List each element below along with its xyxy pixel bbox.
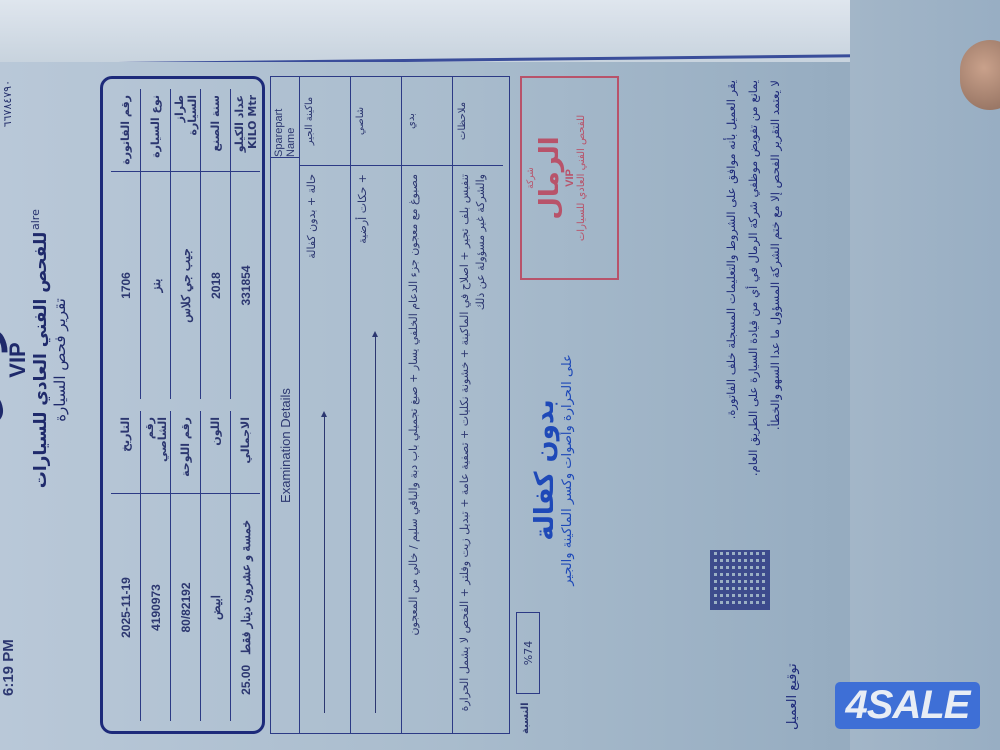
info-row: 80/82192رقم اللوحة bbox=[171, 411, 201, 721]
color-value: ابيض bbox=[201, 494, 231, 722]
info-row: 331854عداد الكيلو KILO Mtr bbox=[231, 89, 261, 399]
examination-table: Examination Details Sparepart Name حالة … bbox=[270, 76, 510, 734]
4sale-watermark-logo: 4SALE bbox=[835, 682, 980, 729]
exam-details: حالة + بدون كفالة bbox=[305, 174, 318, 259]
receipt-header: Fahaheel - Block 5 - Al Daboos Street Ab… bbox=[0, 60, 110, 750]
no-warranty-notice: بدون كفالة على الحرارة وأصوات وكسر الماك… bbox=[530, 310, 575, 630]
background-page-right bbox=[850, 0, 1000, 750]
info-row: 2018سنة الصنع bbox=[201, 89, 231, 399]
part-name: ماكينة الجير bbox=[300, 77, 350, 165]
stamp-subtitle: للفحص الفني العادي للسيارات bbox=[576, 78, 587, 278]
total-label: الاجمالي bbox=[231, 411, 261, 494]
inspection-receipt: Fahaheel - Block 5 - Al Daboos Street Ab… bbox=[0, 60, 810, 750]
table-row: تنفيس بلف تجير + اصلاح في الماكينة + خشو… bbox=[453, 77, 503, 733]
arabic-address-block: الفحيحيل - قطعة ٥ - شارع الدبوس - عمارة … bbox=[0, 80, 42, 230]
no-warranty-title: بدون كفالة bbox=[530, 310, 560, 630]
date-label: التاريخ bbox=[111, 411, 141, 494]
arrow-line bbox=[375, 333, 376, 713]
part-name: شاصي bbox=[351, 77, 401, 165]
plate-label: رقم اللوحة bbox=[171, 411, 201, 494]
total-cell: خمسة و عشرون دينار فقط 25.00 bbox=[231, 494, 261, 722]
table-row: مصبوغ مع معجون جزء الدعام الخلفي يسار + … bbox=[402, 77, 453, 733]
make-value: بنز bbox=[141, 172, 171, 400]
info-row: 4190973رقم الشاصي bbox=[141, 411, 171, 721]
exam-details: + حكات أرضية bbox=[356, 174, 369, 244]
sparepart-name-header: Sparepart Name bbox=[271, 77, 299, 157]
print-time: 6:19 PM bbox=[2, 524, 15, 730]
chassis-label: رقم الشاصي bbox=[141, 411, 171, 494]
stamp-vip: VIP bbox=[564, 78, 576, 278]
exam-details-cell: حالة + بدون كفالة bbox=[300, 165, 350, 733]
examination-header: Examination Details Sparepart Name bbox=[271, 77, 300, 733]
year-label: سنة الصنع bbox=[201, 89, 231, 172]
watermark-text: 4SALE bbox=[846, 683, 970, 728]
info-row: 1706رقم الفاتورة bbox=[111, 89, 141, 399]
exam-details: تنفيس بلف تجير + اصلاح في الماكينة + خشو… bbox=[453, 165, 503, 733]
percentage-label: النسبة bbox=[520, 702, 531, 734]
part-name: بدي bbox=[402, 77, 452, 165]
mileage-value: 331854 bbox=[231, 172, 261, 400]
stamp-name: الرمال bbox=[536, 78, 564, 278]
arabic-phone: ٦٦٧٨٤٧٩٠ bbox=[2, 80, 14, 230]
info-row: جيب جي كلاسطراز السيارة bbox=[171, 89, 201, 399]
table-row: حالة + بدون كفالة ماكينة الجير bbox=[300, 77, 351, 733]
info-table-right: 1706رقم الفاتورة بنزنوع السيارة جيب جي ك… bbox=[111, 89, 260, 399]
no-warranty-subtitle: على الحرارة وأصوات وكسر الماكينة والجير bbox=[560, 310, 575, 630]
model-label: طراز السيارة bbox=[171, 89, 201, 172]
table-row: + حكات أرضية شاصي bbox=[351, 77, 402, 733]
chassis-value: 4190973 bbox=[141, 494, 171, 722]
color-label: اللون bbox=[201, 411, 231, 494]
total-words: خمسة و عشرون دينار فقط bbox=[239, 520, 253, 655]
date-value: 2025-11-19 bbox=[111, 494, 141, 722]
invoice-value: 1706 bbox=[111, 172, 141, 400]
company-stamp: شركة الرمال VIP للفحص الفني العادي للسيا… bbox=[520, 76, 619, 280]
vehicle-info-box: 2025-11-19التاريخ 4190973رقم الشاصي 80/8… bbox=[100, 76, 265, 734]
year-value: 2018 bbox=[201, 172, 231, 400]
mileage-label: عداد الكيلو KILO Mtr bbox=[231, 89, 261, 172]
info-row: 2025-11-19التاريخ bbox=[111, 411, 141, 721]
make-label: نوع السيارة bbox=[141, 89, 171, 172]
info-row: ابيضاللون bbox=[201, 411, 231, 721]
exam-details-cell: + حكات أرضية bbox=[351, 165, 401, 733]
customer-signature-label: توقيع العميل bbox=[785, 663, 800, 730]
company-address: Fahaheel - Block 5 - Al Daboos Street Ab… bbox=[0, 524, 15, 730]
qr-code-icon bbox=[710, 550, 770, 610]
plate-value: 80/82192 bbox=[171, 494, 201, 722]
exam-details: مصبوغ مع معجون جزء الدعام الخلفي يسار + … bbox=[402, 165, 452, 733]
info-table-left: 2025-11-19التاريخ 4190973رقم الشاصي 80/8… bbox=[111, 411, 260, 721]
info-row: بنزنوع السيارة bbox=[141, 89, 171, 399]
report-title: تقرير فحص السيارة bbox=[51, 170, 69, 550]
examination-details-header: Examination Details bbox=[271, 157, 299, 733]
arrow-line bbox=[324, 413, 325, 713]
total-value: 25.00 bbox=[239, 665, 253, 695]
invoice-label: رقم الفاتورة bbox=[111, 89, 141, 172]
info-row: خمسة و عشرون دينار فقط 25.00الاجمالي bbox=[231, 411, 261, 721]
part-name: ملاحظات bbox=[453, 77, 503, 165]
alre-text: alre bbox=[30, 80, 42, 230]
model-value: جيب جي كلاس bbox=[171, 172, 201, 400]
